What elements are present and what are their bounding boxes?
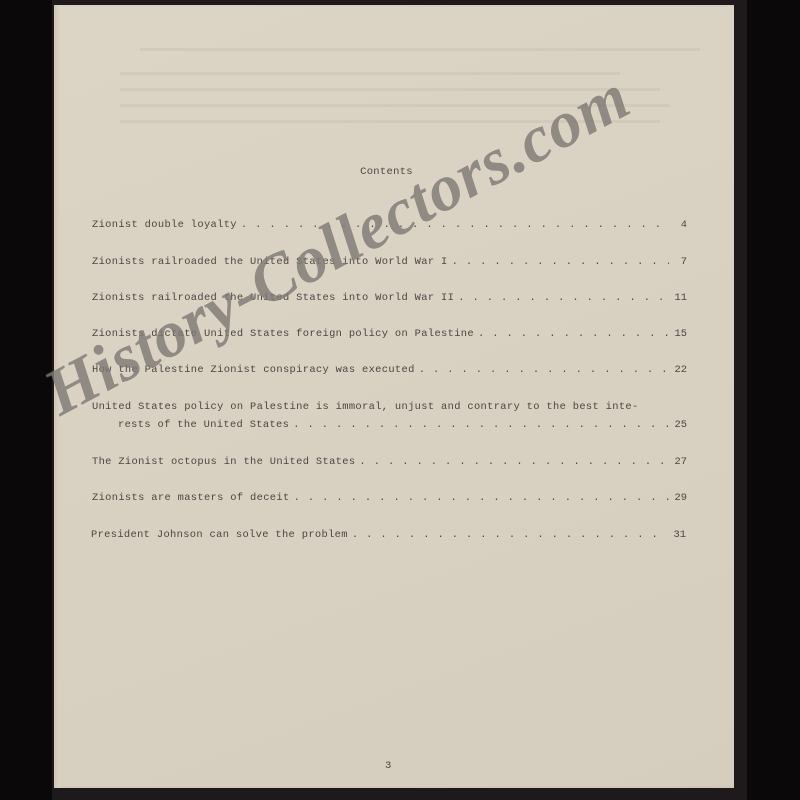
toc-entry-page: 15 [673,328,687,340]
dot-leader [452,256,669,268]
toc-entry-page: 7 [673,256,687,268]
toc-entry-title: Zionists dictate United States foreign p… [92,328,474,340]
bleed-through-line [120,88,660,91]
dot-leader [241,219,669,231]
bleed-through-line [120,72,620,75]
bleed-through-line [120,104,670,107]
toc-entry[interactable]: Zionists railroaded the United States in… [92,292,687,304]
toc-entry-title: How the Palestine Zionist conspiracy was… [92,364,415,376]
toc-entry[interactable]: United States policy on Palestine is imm… [92,401,687,431]
toc-entry[interactable]: Zionists are masters of deceit29 [92,492,687,504]
page-binding-edge [54,5,60,788]
contents-heading: Contents [0,166,773,178]
toc-entry-page: 4 [673,219,687,231]
dot-leader [352,529,668,541]
toc-entry-title: Zionist double loyalty [92,219,237,231]
bleed-through-line [140,48,700,51]
toc-entry-title: Zionists are masters of deceit [92,492,290,504]
dot-leader [359,456,669,468]
toc-entry[interactable]: President Johnson can solve the problem3… [91,529,686,541]
toc-entry-page: 11 [673,292,687,304]
dot-leader [478,328,669,340]
dot-leader [458,292,669,304]
toc-entry[interactable]: Zionists dictate United States foreign p… [92,328,687,340]
toc-entry-page: 29 [673,492,687,504]
toc-entry[interactable]: Zionists railroaded the United States in… [92,256,687,268]
toc-entry-page: 27 [673,456,687,468]
toc-entry-title-line2: rests of the United States [118,419,289,431]
toc-entry[interactable]: Zionist double loyalty4 [92,219,687,231]
toc-entry-title: Zionists railroaded the United States in… [92,256,448,268]
toc-entry-page: 31 [672,529,686,541]
dot-leader [419,364,669,376]
toc-entry-page: 25 [673,419,687,431]
toc-entry-page: 22 [673,364,687,376]
toc-entry-title: The Zionist octopus in the United States [92,456,355,468]
page-number: 3 [385,760,391,772]
bleed-through-line [120,120,660,123]
toc-entry[interactable]: The Zionist octopus in the United States… [92,456,687,468]
dot-leader [293,419,669,431]
toc-entry[interactable]: How the Palestine Zionist conspiracy was… [92,364,687,376]
toc-entry-title: Zionists railroaded the United States in… [92,292,454,304]
toc-entry-title-line1: United States policy on Palestine is imm… [92,401,687,413]
dot-leader [294,492,669,504]
toc-entry-title: President Johnson can solve the problem [91,529,348,541]
